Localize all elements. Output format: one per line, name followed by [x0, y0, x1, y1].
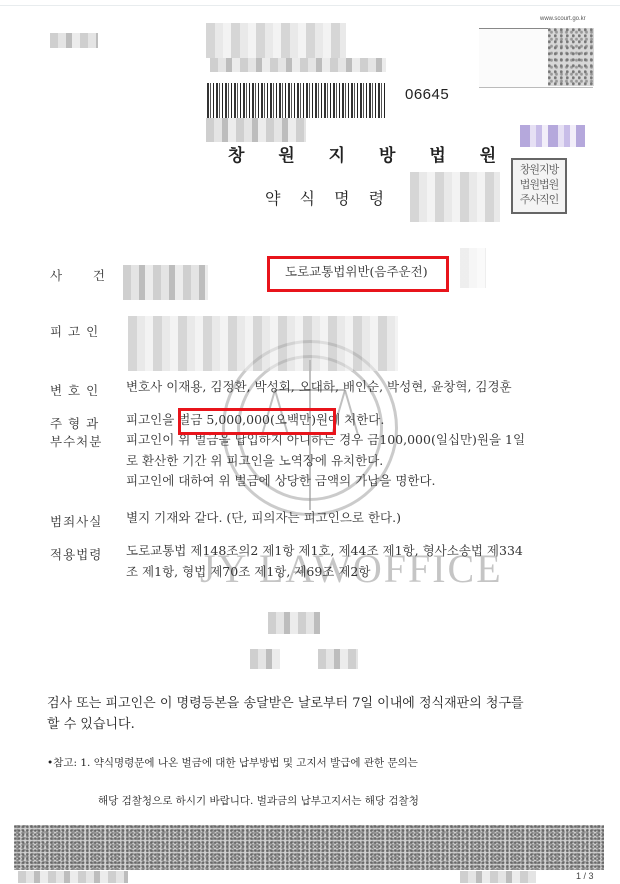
redacted-judge-name — [318, 649, 358, 669]
redacted-defendant-info — [128, 316, 398, 371]
barcode — [207, 83, 387, 118]
redacted-case-number — [123, 265, 208, 300]
court-url: www.scourt.go.kr — [540, 16, 586, 22]
applicable-law-line: 조 제1항, 형법 제70조 제1항, 제69조 제2항 — [126, 562, 370, 583]
applicable-law-line: 도로교통법 제148조의2 제1항 제1호, 제44조 제1항, 형사소송법 제… — [126, 541, 523, 562]
redacted-recipient-block — [206, 23, 346, 58]
notice-line: 할 수 있습니다. — [47, 713, 135, 732]
case-label: 사 건 — [50, 266, 106, 284]
redacted-header-left — [50, 33, 98, 48]
redacted-case-side — [460, 248, 486, 288]
document-number: 06645 — [405, 86, 449, 103]
scan-edge-line — [0, 5, 620, 6]
sentence-line: 로 환산한 기간 위 피고인을 노역장에 유치한다. — [126, 451, 383, 472]
sentence-label-line1: 주 형 과 — [50, 414, 99, 432]
page-indicator: 1 / 3 — [576, 871, 594, 881]
facts-label: 범죄사실 — [50, 512, 102, 530]
qr-code — [548, 28, 594, 86]
highlight-case-box — [267, 256, 449, 292]
seal-line: 창원지방 — [513, 162, 565, 177]
redacted-seal-side — [410, 172, 500, 222]
applicable-law-label: 적용법령 — [50, 545, 102, 563]
redacted-footer-right — [460, 871, 536, 883]
redacted-barcode-caption — [210, 58, 386, 72]
court-name: 창 원 지 방 법 원 — [228, 141, 510, 166]
redacted-footer-left — [18, 871, 128, 883]
court-seal: 창원지방 법원법원 주사직인 — [511, 158, 567, 214]
notice-line: 검사 또는 피고인은 이 명령등본을 송달받은 날로부터 7일 이내에 정식재판… — [47, 692, 524, 711]
sentence-label-line2: 부수처분 — [50, 432, 102, 450]
highlight-fine-box — [178, 408, 336, 435]
seal-line: 주사직인 — [513, 192, 565, 207]
redacted-barcode-below — [206, 118, 306, 142]
seal-line: 법원법원 — [513, 177, 565, 192]
sentence-line: 피고인에 대하여 위 벌금에 상당한 금액의 가납을 명한다. — [126, 471, 436, 492]
reference-note-line2: 해당 검찰청으로 하시기 바랍니다. 벌과금의 납부고지서는 해당 검찰청 — [98, 793, 419, 808]
document-title: 약 식 명 령 — [265, 186, 391, 209]
redacted-judge-title — [250, 649, 280, 669]
redacted-stamp-top-right — [520, 125, 585, 147]
counsel-label: 변 호 인 — [50, 381, 99, 399]
security-pattern-strip — [14, 825, 604, 870]
defendant-label: 피 고 인 — [50, 322, 99, 340]
facts-value: 별지 기재와 같다. (단, 피의자는 피고인으로 한다.) — [126, 508, 401, 529]
redacted-date — [268, 612, 320, 634]
reference-note-line1: •참고: 1. 약식명령문에 나온 벌금에 대한 납부방법 및 고지서 발급에 … — [47, 755, 418, 770]
counsel-value: 변호사 이재용, 김정환, 박성회, 오대하, 배인순, 박성현, 윤창혁, 김… — [126, 377, 512, 398]
